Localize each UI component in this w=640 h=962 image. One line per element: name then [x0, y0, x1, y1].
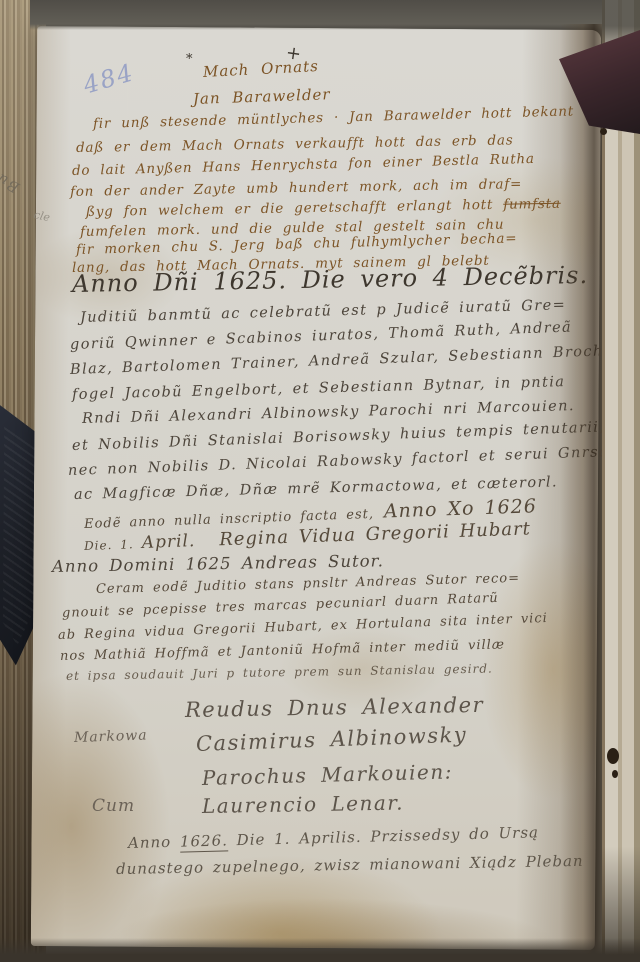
ink-spot — [607, 748, 619, 764]
die-month: April. — [141, 531, 195, 553]
signature-line: Laurencio Lenar. — [202, 790, 404, 818]
ink-spot — [600, 128, 607, 135]
die-date: Die. 1. — [84, 537, 134, 553]
gutter-fold-shadow — [560, 24, 606, 954]
struck-word: fumfsta — [503, 196, 561, 213]
polish-year-underlined: 1626. — [180, 831, 228, 852]
facing-page-shading — [602, 0, 640, 962]
margin-note-cum: Cum — [92, 796, 135, 816]
margin-note-markowa: Markowa — [74, 727, 148, 746]
ink-spot — [612, 770, 618, 778]
backdrop-top-band — [30, 0, 640, 30]
asterisk-mark: * — [186, 52, 193, 67]
manuscript-photo: 484 + * Bunogk cle Mach Ornats Jan Baraw… — [0, 0, 640, 962]
polish-anno: Anno — [128, 833, 172, 852]
bottom-shadow — [0, 938, 640, 962]
